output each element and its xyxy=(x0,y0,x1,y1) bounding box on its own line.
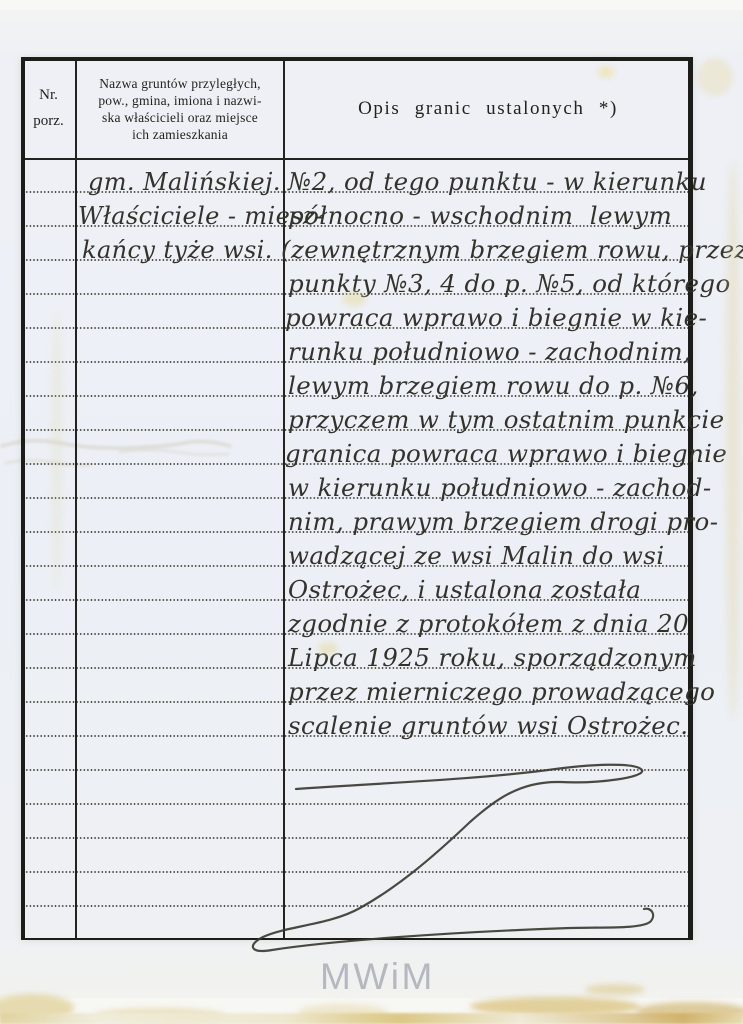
stain-mark xyxy=(342,292,366,306)
description-line: lewym brzegiem rowu do p. №6, xyxy=(288,369,690,403)
owner-line: kańcy tyże wsi. xyxy=(78,233,294,267)
description-line: przyczem w tym ostatnim punkcie xyxy=(288,403,690,437)
column-divider-nr xyxy=(75,61,77,938)
header-divider xyxy=(25,158,688,160)
description-line: nim, prawym brzegiem drogi pro- xyxy=(288,505,690,539)
description-line: w kierunku południowo - zachod- xyxy=(288,471,690,505)
description-line: przez mierniczego prowadzącego xyxy=(288,675,690,709)
stain-mark xyxy=(318,642,338,655)
header-nr-line2: porz. xyxy=(33,113,63,130)
description-line: wadzącej ze wsi Malin do wsi xyxy=(288,539,690,573)
description-line: scalenie gruntów wsi Ostrożec. xyxy=(288,709,690,743)
description-line: Ostrożec, i ustalona została xyxy=(288,573,690,607)
scan-edge-top xyxy=(0,0,743,10)
stain-mark xyxy=(726,160,740,720)
description-line: Lipca 1925 roku, sporządzonym xyxy=(288,641,690,675)
description-line: zgodnie z protokółem z dnia 20 xyxy=(288,607,690,641)
stain-mark xyxy=(697,58,733,96)
description-line: powraca wprawo i biegnie w kie- xyxy=(285,301,687,335)
header-name-line: Nazwa gruntów przyległych, xyxy=(99,75,261,92)
stain-mark xyxy=(52,310,62,590)
description-line: №2, od tego punktu - w kierunku xyxy=(288,165,690,199)
description-line: granica powraca wprawo i biegnie xyxy=(285,437,687,471)
header-cell-name: Nazwa gruntów przyległych, pow., gmina, … xyxy=(78,60,282,157)
description-line: runku południowo - zachodnim, xyxy=(288,335,690,369)
owner-line: gm. Malińskiej. xyxy=(78,165,300,199)
stain-mark xyxy=(585,984,645,995)
stain-mark xyxy=(598,66,614,78)
description-line: (zewnętrznym brzegiem rowu, przez xyxy=(281,233,683,267)
header-cell-nr: Nr. porz. xyxy=(21,60,76,157)
owner-line: Właściciele - miesz- xyxy=(78,199,290,233)
watermark-text: MWiM xyxy=(320,956,435,998)
header-name-line: ich zamieszkania xyxy=(132,126,228,143)
header-name-line: ska właścicieli oraz miejsce xyxy=(102,109,258,126)
description-line: północno - wschodnim lewym xyxy=(288,199,690,233)
scan-edge-bottom-stain-band xyxy=(0,1013,743,1024)
header-nr-line1: Nr. xyxy=(39,87,58,104)
description-header-title: Opis granic ustalonych *) xyxy=(358,98,618,120)
header-name-line: pow., gmina, imiona i nazwi- xyxy=(98,92,261,109)
header-cell-description: Opis granic ustalonych *) xyxy=(285,60,691,157)
scanned-register-page: Nr. porz. Nazwa gruntów przyległych, pow… xyxy=(0,0,743,1024)
